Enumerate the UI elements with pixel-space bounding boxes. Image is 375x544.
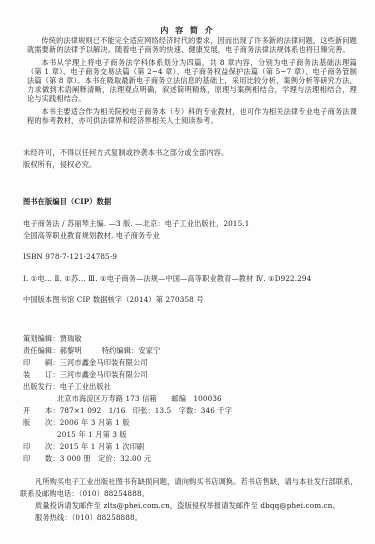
colophon-label: 策划编辑： — [23, 334, 60, 343]
colophon-label: 印 数： — [23, 454, 60, 463]
cip-classification: Ⅰ. ①电… Ⅱ. ①苏… Ⅲ. ①电子商务—法规—中国—高等职业教育—教材 Ⅳ… — [23, 274, 311, 283]
colophon-row: 责任编辑：郝黎明特约编辑：安家宁 — [23, 346, 160, 355]
colophon-label: 开 本： — [23, 406, 60, 415]
colophon-value: 电子工业出版社 — [60, 382, 111, 391]
footer-line3: 质量投诉请发邮件至 zlts@phei.com.cn，盗版侵权举报请发邮件至 d… — [35, 501, 340, 510]
cip-line2: 全国高等职业教育规划教材. 电子商务专业 — [23, 231, 160, 240]
colophon-label: 出版发行： — [23, 382, 60, 391]
colophon-row: 出版发行：电子工业出版社 — [23, 382, 111, 391]
colophon-value: 贾瑞敏 — [60, 334, 82, 343]
colophon-row: 装 订：三河市鑫金马印装有限公司 — [23, 370, 148, 379]
footer-line1: 凡所购买电子工业出版社图书有缺损问题，请向购买书店调换。若书店售缺，请与本社发行… — [35, 477, 358, 486]
colophon-value: 郝黎明 — [60, 346, 82, 355]
colophon-row: 印 数：3 000 册 定价：32.00 元 — [23, 454, 151, 463]
colophon-row: 策划编辑：贾瑞敏 — [23, 334, 82, 343]
colophon-row: 北京市海淀区万寿路 173 信箱 邮编 100036 — [57, 394, 222, 403]
copyright-notice-2: 版权所有，侵权必究。 — [23, 160, 96, 169]
cip-heading: 图书在版编目（CIP）数据 — [23, 197, 111, 206]
footer-line4: 服务热线：（010）88258888。 — [35, 513, 142, 522]
colophon-value: 2015 年 1 月第 3 版 — [57, 430, 127, 439]
cip-line1: 电子商务法 / 苏丽琴主编. —3 版. —北京：电子工业出版社，2015.1 — [23, 219, 250, 228]
colophon-value: 2015 年 1 月第 1 次印刷 — [60, 442, 145, 451]
colophon-label: 装 订： — [23, 370, 60, 379]
colophon-value: 北京市海淀区万寿路 173 信箱 邮编 100036 — [57, 394, 222, 403]
colophon-label: 版 次： — [23, 418, 60, 427]
colophon-row: 印 刷：三河市鑫金马印装有限公司 — [23, 358, 148, 367]
colophon-value: 2006 年 3 月第 1 版 — [60, 418, 130, 427]
intro-paragraph: 本书从学理上将电子商务法学科体系划分为四篇，共 8 章内容，分别为电子商务法基础… — [27, 58, 357, 103]
colophon-label: 印 刷： — [23, 358, 60, 367]
cip-isbn: ISBN 978-7-121-24785-9 — [23, 252, 117, 261]
intro-body: 传统的法律规则已不能完全适应网络经济时代的要求，因而出现了许多新的法律问题，这些… — [27, 36, 357, 129]
cip-record: 中国版本图书馆 CIP 数据核字（2014）第 270358 号 — [23, 295, 204, 304]
colophon-row: 版 次：2006 年 3 月第 1 版 — [23, 418, 130, 427]
colophon-row: 开 本：787×1 092 1/16 印张：13.5 字数：346 千字 — [23, 406, 232, 415]
colophon-extra-label: 特约编辑： — [102, 346, 139, 355]
colophon-value: 三河市鑫金马印装有限公司 — [60, 358, 148, 367]
intro-paragraph: 本书主要适合作为相关院校电子商务本（专）科的专业教材，也可作为相关法律专业电子商… — [27, 107, 357, 125]
colophon-value: 3 000 册 定价：32.00 元 — [60, 454, 152, 463]
colophon-row: 印 次：2015 年 1 月第 1 次印刷 — [23, 442, 144, 451]
colophon-row: 2015 年 1 月第 3 版 — [57, 430, 127, 439]
colophon-value: 787×1 092 1/16 印张：13.5 字数：346 千字 — [60, 406, 232, 415]
intro-paragraph: 传统的法律规则已不能完全适应网络经济时代的要求，因而出现了许多新的法律问题，这些… — [27, 36, 357, 54]
colophon-label: 印 次： — [23, 442, 60, 451]
colophon-extra-value: 安家宁 — [138, 346, 160, 355]
footer-line2: 联系及邮购电话：（010）88254888。 — [20, 489, 149, 498]
copyright-notice-1: 未经许可，不得以任何方式复制或抄袭本书之部分或全部内容。 — [23, 148, 228, 157]
colophon-label: 责任编辑： — [23, 346, 60, 355]
colophon-value: 三河市鑫金马印装有限公司 — [60, 370, 148, 379]
intro-title: 内 容 简 介 — [0, 25, 375, 36]
